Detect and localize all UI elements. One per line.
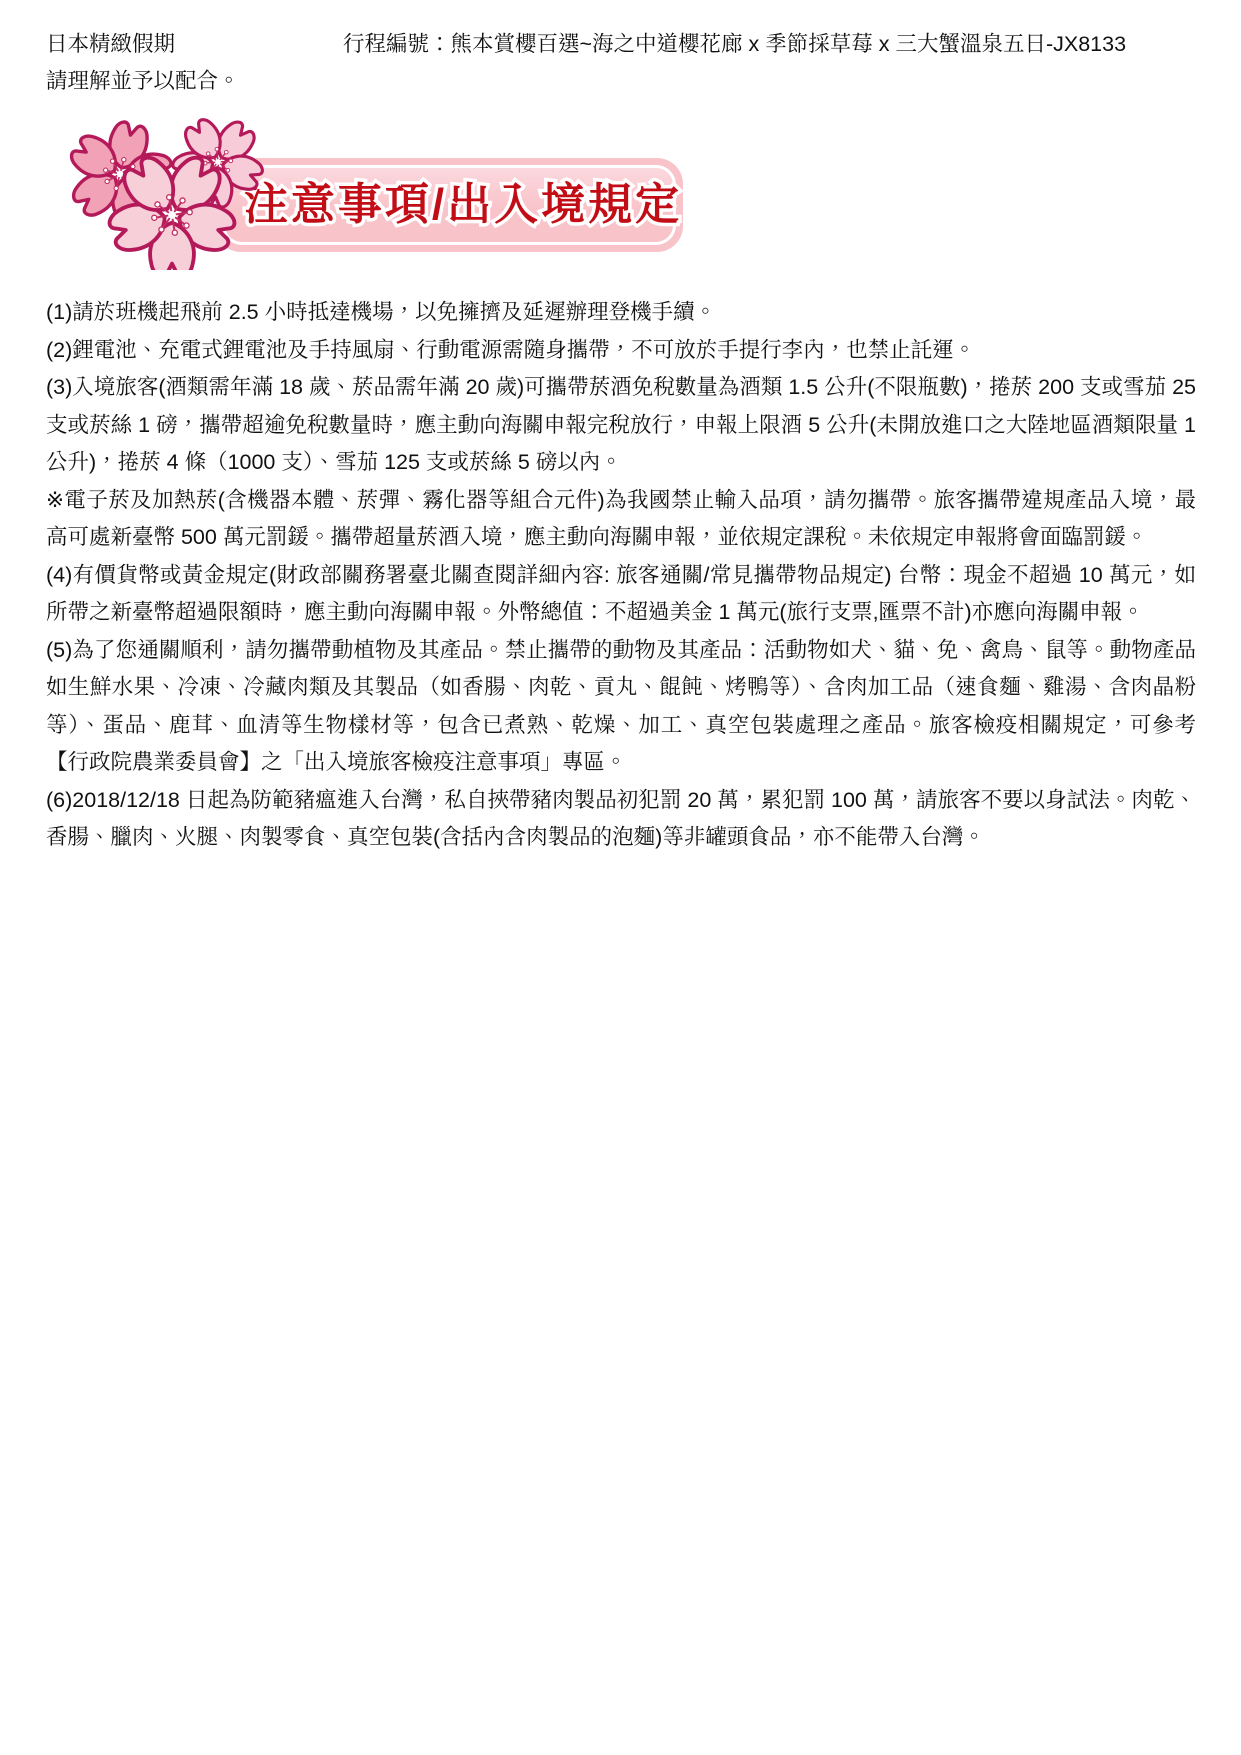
notice-paragraph-5: (5)為了您通關順利，請勿攜帶動植物及其產品。禁止攜帶的動物及其產品：活動物如犬… bbox=[46, 632, 1196, 782]
brand-name: 日本精緻假期 bbox=[46, 26, 343, 63]
document-header: 日本精緻假期行程編號：熊本賞櫻百選~海之中道櫻花廊 x 季節採草莓 x 三大蟹溫… bbox=[46, 26, 1196, 63]
notice-paragraph-3b: ※電子菸及加熱菸(含機器本體、菸彈、霧化器等組合元件)為我國禁止輸入品項，請勿攜… bbox=[46, 482, 1196, 557]
itinerary-code: 行程編號：熊本賞櫻百選~海之中道櫻花廊 x 季節採草莓 x 三大蟹溫泉五日-JX… bbox=[343, 32, 1126, 56]
page-body: 日本精緻假期行程編號：熊本賞櫻百選~海之中道櫻花廊 x 季節採草莓 x 三大蟹溫… bbox=[0, 0, 1241, 897]
cherry-blossom-icon bbox=[58, 110, 318, 270]
document-page: { "header": { "brand": "日本精緻假期", "itiner… bbox=[0, 0, 1241, 1755]
notice-paragraph-2: (2)鋰電池、充電式鋰電池及手持風扇、行動電源需隨身攜帶，不可放於手提行李內，也… bbox=[46, 332, 1196, 370]
notice-list: (1)請於班機起飛前 2.5 小時抵達機場，以免擁擠及延遲辦理登機手續。 (2)… bbox=[46, 294, 1196, 857]
notice-banner: 注意事項/出入境規定 注意事項/出入境規定 bbox=[46, 110, 1196, 262]
notice-paragraph-4: (4)有價貨幣或黃金規定(財政部關務署臺北關查閱詳細內容: 旅客通關/常見攜帶物… bbox=[46, 557, 1196, 632]
notice-paragraph-6: (6)2018/12/18 日起為防範豬瘟進入台灣，私自挾帶豬肉製品初犯罰 20… bbox=[46, 782, 1196, 857]
notice-paragraph-1: (1)請於班機起飛前 2.5 小時抵達機場，以免擁擠及延遲辦理登機手續。 bbox=[46, 294, 1196, 332]
notice-paragraph-3: (3)入境旅客(酒類需年滿 18 歲、菸品需年滿 20 歲)可攜帶菸酒免稅數量為… bbox=[46, 369, 1196, 482]
header-note: 請理解並予以配合。 bbox=[46, 63, 1196, 100]
